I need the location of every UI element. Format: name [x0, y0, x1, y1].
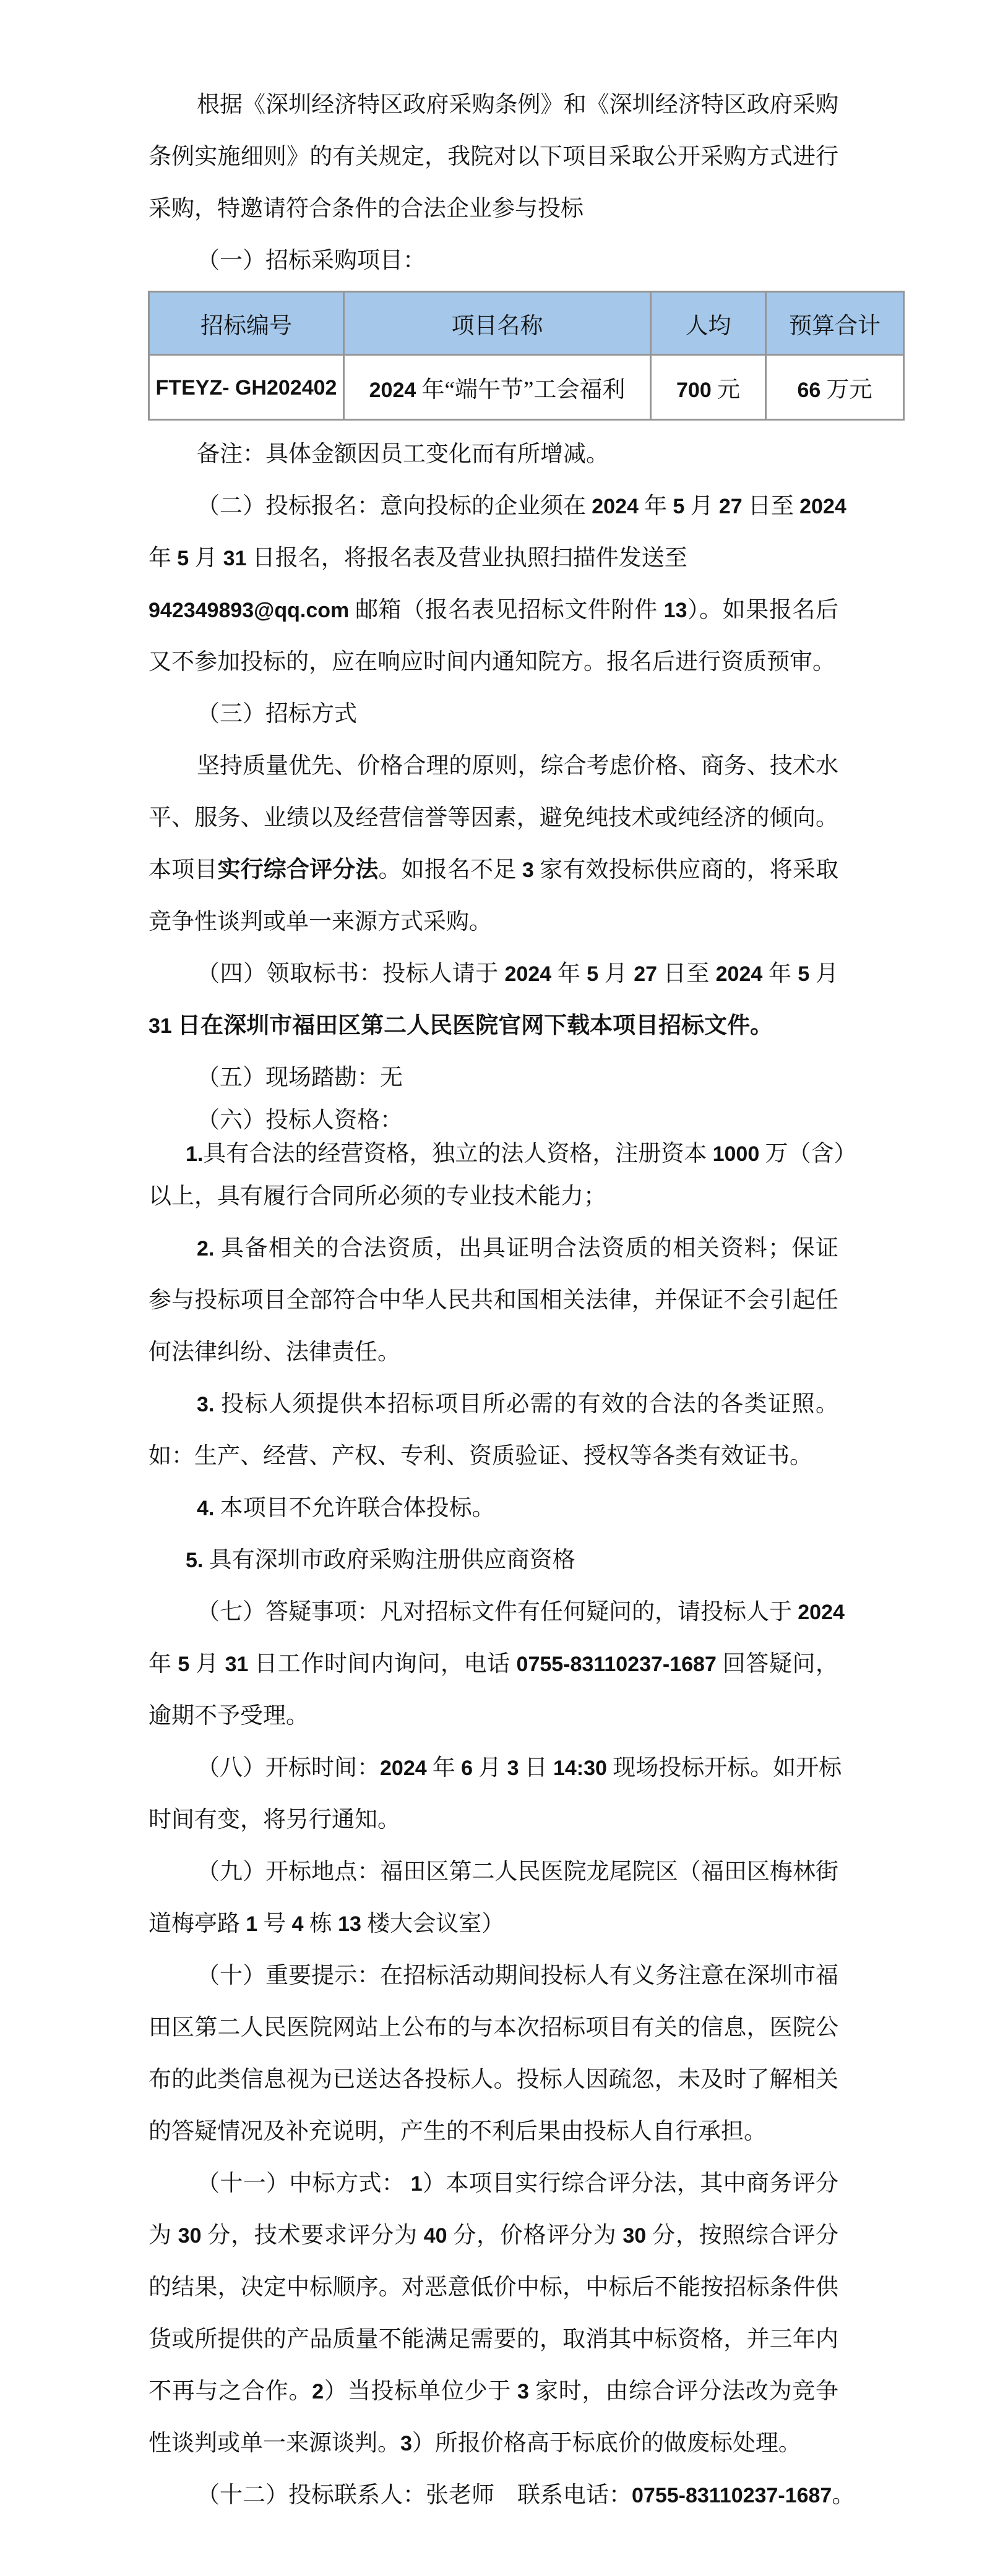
text-run: （七）答疑事项：凡对招标文件有任何疑问的，请投标人于 [197, 1599, 798, 1625]
numeric-text: 66 [797, 379, 820, 402]
text-run: 万元 [820, 377, 872, 403]
text-run: 月 [809, 961, 838, 986]
qualification-1-line-1: 1.具有合法的经营资格，独立的法人资格，注册资本 1000 万（含） [149, 1137, 838, 1171]
text-run: 实行综合评分法 [217, 857, 378, 883]
document-page: 根据《深圳经济特区政府采购条例》和《深圳经济特区政府采购条例实施细则》的有关规定… [0, 0, 982, 2522]
text-run: 年 [149, 1651, 178, 1677]
qualification-2-line-3: 何法律纠纷、法律责任。 [149, 1327, 838, 1379]
text-run: （十）重要提示：在招标活动期间投标人有义务注意在深圳市福 [197, 1963, 838, 1988]
text-run: 。如报名不足 [379, 857, 522, 883]
section-11-line-2: 为 30 分，技术要求评分为 40 分，价格评分为 30 分，按照综合评分 [149, 2210, 838, 2262]
section-10-line-4: 的答疑情况及补充说明，产生的不利后果由投标人自行承担。 [149, 2106, 838, 2158]
text-run: 如：生产、经营、产权、专利、资质验证、授权等各类有效证书。 [149, 1444, 812, 1469]
text-run: （四）领取标书：投标人请于 [197, 961, 505, 986]
section-3-line-2: 平、服务、业绩以及经营信誉等因素，避免纯技术或纯经济的倾向。 [149, 792, 838, 844]
numeric-text: 2024 [505, 962, 552, 986]
text-run: 邮箱（报名表见招标文件附件 [349, 597, 663, 623]
qualification-2-line-2: 参与投标项目全部符合中华人民共和国相关法律，并保证不会引起任 [149, 1275, 838, 1327]
qualification-5: 5. 具有深圳市政府采购注册供应商资格 [149, 1534, 838, 1586]
text-run: 分，按照综合评分 [646, 2223, 838, 2248]
text-run: 具备相关的合法资质，出具证明合法资质的相关资料；保证 [214, 1236, 838, 1261]
numeric-text: 30 [178, 2224, 202, 2248]
section-11-line-3: 的结果，决定中标顺序。对恶意低价中标，中标后不能按招标条件供 [149, 2262, 838, 2314]
text-run: 日至 [657, 961, 716, 986]
numeric-text: 31 [225, 1653, 249, 1676]
text-run: ）。如果报名后 [687, 597, 838, 623]
section-1-heading: （一）招标采购项目： [149, 235, 838, 287]
text-run: 道梅亭路 [149, 1911, 246, 1936]
text-run: 不再与之合作。 [149, 2379, 312, 2404]
text-run: 逾期不予受理。 [149, 1703, 309, 1729]
numeric-text: 2024 [798, 1601, 845, 1624]
table-header-cell: 项目名称 [344, 292, 651, 355]
section-4-line-1: （四）领取标书：投标人请于 2024 年 5 月 27 日至 2024 年 5 … [149, 948, 838, 1000]
text-run: 分，价格评分为 [447, 2223, 623, 2248]
text-run: 日在深圳市福田区第二人民医院官网下载本项目招标文件。 [172, 1013, 773, 1038]
text-run: 年 [762, 961, 798, 986]
numeric-text: 1 [411, 2172, 423, 2196]
text-run: 采购，特邀请符合条件的合法企业参与投标 [149, 196, 584, 221]
text-run: 日至 [743, 494, 800, 519]
numeric-text: 3 [400, 2432, 412, 2455]
numeric-text: 700 [676, 379, 712, 402]
numeric-text: 6 [461, 1757, 473, 1780]
text-run: ）所报价格高于标底价的做废标处理。 [412, 2431, 801, 2456]
text-run: 年 [427, 1755, 462, 1781]
section-7-line-3: 逾期不予受理。 [149, 1690, 838, 1742]
text-run: 性谈判或单一来源谈判。 [149, 2431, 400, 2456]
numeric-text: 30 [622, 2224, 646, 2248]
text-run: 楼大会议室） [361, 1911, 504, 1936]
table-cell: FTEYZ- GH202402 [149, 355, 344, 420]
text-run: 又不参加投标的，应在响应时间内通知院方。报名后进行资质预审。 [149, 649, 835, 675]
text-run: 日 [519, 1755, 553, 1781]
numeric-text: 5 [587, 962, 598, 986]
numeric-text: 942349893@qq.com [149, 599, 349, 622]
section-3-heading: （三）招标方式 [149, 688, 838, 740]
intro-line-1: 根据《深圳经济特区政府采购条例》和《深圳经济特区政府采购 [149, 79, 838, 131]
numeric-text: 2 [312, 2380, 324, 2403]
text-run: 年“端午节”工会福利 [416, 377, 625, 403]
text-run: 月 [473, 1755, 507, 1781]
text-run: 月 [598, 961, 634, 986]
table-note: 备注：具体金额因员工变化而有所增减。 [149, 429, 838, 481]
text-run: 具有深圳市政府采购注册供应商资格 [203, 1547, 575, 1573]
section-7-line-2: 年 5 月 31 日工作时间内询问，电话 0755-83110237-1687 … [149, 1638, 838, 1690]
numeric-text: 2024 [369, 379, 416, 402]
section-11-line-5: 不再与之合作。2）当投标单位少于 3 家时，由综合评分法改为竞争 [149, 2366, 838, 2418]
section-7-line-1: （七）答疑事项：凡对招标文件有任何疑问的，请投标人于 2024 [149, 1586, 838, 1638]
qualification-4: 4. 本项目不允许联合体投标。 [149, 1483, 838, 1534]
text-run: 时间有变，将另行通知。 [149, 1807, 400, 1833]
numeric-text: 0755-83110237-1687 [632, 2484, 832, 2507]
table-header-cell: 人均 [651, 292, 766, 355]
text-run: 栋 [304, 1911, 338, 1936]
text-run: 根据《深圳经济特区政府采购条例》和《深圳经济特区政府采购 [197, 92, 838, 118]
text-run: 坚持质量优先、价格合理的原则，综合考虑价格、商务、技术水 [197, 753, 838, 779]
procurement-table: 招标编号项目名称人均预算合计FTEYZ- GH2024022024 年“端午节”… [148, 291, 905, 421]
text-run: （三）招标方式 [197, 701, 357, 727]
numeric-text: 5 [178, 1653, 189, 1676]
text-run: ）本项目实行综合评分法，其中商务评分 [423, 2171, 838, 2196]
section-11-line-6: 性谈判或单一来源谈判。3）所报价格高于标底价的做废标处理。 [149, 2418, 838, 2470]
text-run: 的答疑情况及补充说明，产生的不利后果由投标人自行承担。 [149, 2119, 767, 2144]
text-run: 年 [551, 961, 587, 986]
numeric-text: 1000 [713, 1142, 760, 1166]
text-run: 备注：具体金额因员工变化而有所增减。 [197, 442, 609, 467]
numeric-text: 27 [719, 495, 743, 518]
numeric-text: 13 [664, 599, 687, 622]
numeric-text: 40 [424, 2224, 447, 2248]
text-run: （五）现场踏勘：无 [197, 1065, 403, 1090]
numeric-text: 5 [177, 547, 189, 570]
numeric-text: 3. [197, 1393, 214, 1416]
section-2-line-3: 942349893@qq.com 邮箱（报名表见招标文件附件 13）。如果报名后 [149, 584, 838, 636]
section-10-line-3: 布的此类信息视为已送达各投标人。投标人因疏忽，未及时了解相关 [149, 2054, 838, 2106]
numeric-text: 5 [673, 495, 684, 518]
numeric-text: 14:30 [553, 1757, 607, 1780]
text-run: 平、服务、业绩以及经营信誉等因素，避免纯技术或纯经济的倾向。 [149, 805, 838, 831]
text-run: （八）开标时间： [197, 1755, 380, 1781]
numeric-text: 0755-83110237-1687 [517, 1653, 717, 1676]
section-10-line-1: （十）重要提示：在招标活动期间投标人有义务注意在深圳市福 [149, 1950, 838, 2002]
table-cell: 700 元 [651, 355, 766, 420]
section-8-line-2: 时间有变，将另行通知。 [149, 1794, 838, 1846]
qualification-3-line-1: 3. 投标人须提供本招标项目所必需的有效的合法的各类证照。 [149, 1379, 838, 1431]
qualification-3-line-2: 如：生产、经营、产权、专利、资质验证、授权等各类有效证书。 [149, 1431, 838, 1483]
text-run: （九）开标地点：福田区第二人民医院龙尾院区（福田区梅林街 [197, 1859, 838, 1885]
numeric-text: 4. [197, 1497, 214, 1520]
text-run: 。 [832, 2483, 855, 2508]
text-run: 投标人须提供本招标项目所必需的有效的合法的各类证照。 [214, 1392, 838, 1417]
text-run: 月 [684, 494, 719, 519]
numeric-text: 5 [798, 962, 809, 986]
text-run: （十二）投标联系人：张老师 联系电话： [197, 2483, 632, 2508]
section-3-line-3: 本项目实行综合评分法。如报名不足 3 家有效投标供应商的，将采取 [149, 844, 838, 896]
section-3-line-4: 竞争性谈判或单一来源方式采购。 [149, 896, 838, 948]
text-run: 万（含） [759, 1141, 856, 1166]
text-run: 布的此类信息视为已送达各投标人。投标人因疏忽，未及时了解相关 [149, 2067, 838, 2092]
table-cell: 66 万元 [766, 355, 904, 420]
text-run: 月 [189, 1651, 225, 1677]
numeric-text: 2. [197, 1237, 214, 1260]
qualification-1-line-2: 以上，具有履行合同所必须的专业技术能力； [149, 1171, 838, 1223]
section-9-line-2: 道梅亭路 1 号 4 栋 13 楼大会议室） [149, 1898, 838, 1950]
text-run: 号 [257, 1911, 292, 1936]
section-2-line-2: 年 5 月 31 日报名，将报名表及营业执照扫描件发送至 [149, 533, 838, 584]
numeric-text: 13 [338, 1912, 361, 1936]
text-run: 家有效投标供应商的，将采取 [534, 857, 838, 883]
intro-line-2: 条例实施细则》的有关规定，我院对以下项目采取公开采购方式进行 [149, 131, 838, 183]
text-run: 本项目不允许联合体投标。 [214, 1496, 494, 1521]
numeric-text: 3 [507, 1757, 519, 1780]
text-run: 货或所提供的产品质量不能满足需要的，取消其中标资格，并三年内 [149, 2327, 838, 2352]
text-run: 年 [639, 494, 673, 519]
section-5-heading: （五）现场踏勘：无 [149, 1052, 838, 1104]
numeric-text: 31 [149, 1014, 172, 1038]
section-4-line-2: 31 日在深圳市福田区第二人民医院官网下载本项目招标文件。 [149, 1000, 838, 1052]
numeric-text: 2024 [799, 495, 846, 518]
numeric-text: 3 [517, 2380, 529, 2403]
section-11-line-4: 货或所提供的产品质量不能满足需要的，取消其中标资格，并三年内 [149, 2314, 838, 2366]
numeric-text: 3 [522, 858, 534, 882]
text-run: 本项目 [149, 857, 217, 883]
numeric-text: 2024 [592, 495, 639, 518]
section-12-line-1: （十二）投标联系人：张老师 联系电话：0755-83110237-1687。 [149, 2470, 838, 2522]
numeric-text: 4 [292, 1912, 304, 1936]
section-3-line-1: 坚持质量优先、价格合理的原则，综合考虑价格、商务、技术水 [149, 740, 838, 792]
text-run: 元 [712, 377, 740, 403]
numeric-text: 5. [186, 1549, 203, 1572]
table-header-cell: 预算合计 [766, 292, 904, 355]
text-run: 条例实施细则》的有关规定，我院对以下项目采取公开采购方式进行 [149, 144, 838, 169]
numeric-text: 27 [634, 962, 657, 986]
numeric-text: 31 [223, 547, 247, 570]
text-run: 竞争性谈判或单一来源方式采购。 [149, 909, 492, 935]
section-6-heading: （六）投标人资格： [149, 1104, 838, 1137]
intro-line-3: 采购，特邀请符合条件的合法企业参与投标 [149, 183, 838, 235]
numeric-text: 1. [186, 1142, 203, 1166]
text-run: 何法律纠纷、法律责任。 [149, 1340, 400, 1365]
text-run: 现场投标开标。如开标 [607, 1755, 842, 1781]
numeric-text: 1 [246, 1912, 257, 1936]
text-run: （六）投标人资格： [197, 1108, 403, 1133]
table-header-row: 招标编号项目名称人均预算合计 [149, 292, 904, 355]
text-run: 以上，具有履行合同所必须的专业技术能力； [149, 1184, 606, 1209]
text-run: 为 [149, 2223, 178, 2248]
text-run: 年 [149, 546, 177, 571]
text-run: 分，技术要求评分为 [201, 2223, 423, 2248]
text-run: 田区第二人民医院网站上公布的与本次招标项目有关的信息，医院公 [149, 2015, 838, 2040]
text-run: 的结果，决定中标顺序。对恶意低价中标，中标后不能按招标条件供 [149, 2275, 838, 2300]
section-11-line-1: （十一）中标方式： 1）本项目实行综合评分法，其中商务评分 [149, 2158, 838, 2210]
numeric-text: 2024 [380, 1757, 427, 1780]
numeric-text: FTEYZ- GH202402 [156, 376, 337, 400]
numeric-text: 2024 [716, 962, 763, 986]
section-2-line-1: （二）投标报名：意向投标的企业须在 2024 年 5 月 27 日至 2024 [149, 481, 838, 533]
text-run: ）当投标单位少于 [324, 2379, 517, 2404]
section-10-line-2: 田区第二人民医院网站上公布的与本次招标项目有关的信息，医院公 [149, 2002, 838, 2054]
table-header-cell: 招标编号 [149, 292, 344, 355]
text-run: 参与投标项目全部符合中华人民共和国相关法律，并保证不会引起任 [149, 1288, 838, 1313]
section-9-line-1: （九）开标地点：福田区第二人民医院龙尾院区（福田区梅林街 [149, 1846, 838, 1898]
text-run: 家时，由综合评分法改为竞争 [529, 2379, 838, 2404]
text-run: 具有合法的经营资格，独立的法人资格，注册资本 [203, 1141, 712, 1166]
qualification-2-line-1: 2. 具备相关的合法资质，出具证明合法资质的相关资料；保证 [149, 1223, 838, 1275]
section-2-line-4: 又不参加投标的，应在响应时间内通知院方。报名后进行资质预审。 [149, 636, 838, 688]
section-8-line-1: （八）开标时间：2024 年 6 月 3 日 14:30 现场投标开标。如开标 [149, 1742, 838, 1794]
table-row: FTEYZ- GH2024022024 年“端午节”工会福利700 元66 万元 [149, 355, 904, 420]
text-run: 回答疑问， [717, 1651, 838, 1677]
text-run: （二）投标报名：意向投标的企业须在 [197, 494, 592, 519]
table-cell: 2024 年“端午节”工会福利 [344, 355, 651, 420]
text-run: 月 [189, 546, 223, 571]
text-run: 日报名，将报名表及营业执照扫描件发送至 [247, 546, 687, 571]
text-run: （十一）中标方式： [197, 2171, 411, 2196]
text-run: 日工作时间内询问，电话 [248, 1651, 516, 1677]
text-run: （一）招标采购项目： [197, 248, 426, 273]
